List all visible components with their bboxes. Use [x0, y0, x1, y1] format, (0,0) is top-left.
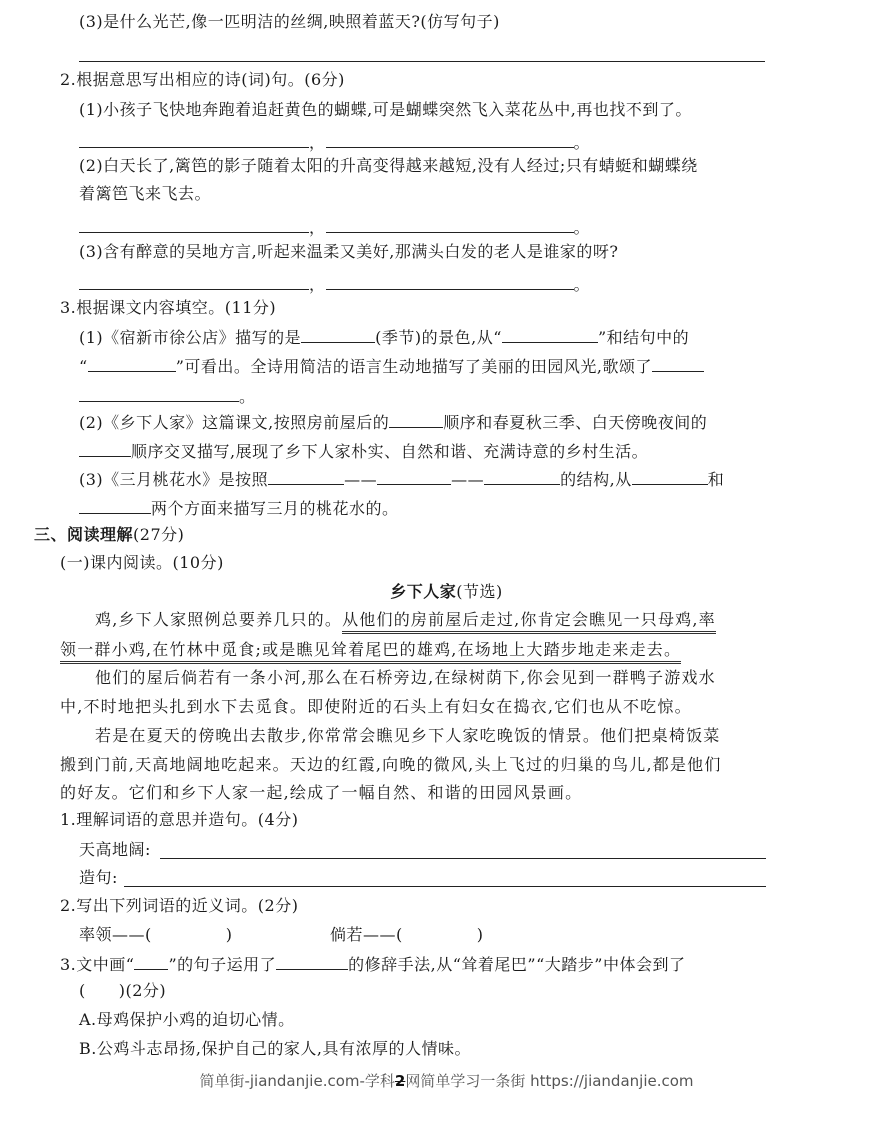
passage-p2-line1: 他们的屋后倘若有一条小河,那么在石桥旁边,在绿树荫下,你会见到一群鸭子游戏水 — [95, 668, 716, 688]
passage-p3-line1: 若是在夏天的傍晚出去散步,你常常会瞧见乡下人家吃晚饭的情景。他们把桌椅饭菜 — [95, 726, 721, 746]
text: (1)《宿新市徐公店》描写的是 — [79, 328, 301, 347]
synonym-1: 率领——() — [79, 924, 233, 945]
synonym-blank-2[interactable] — [403, 924, 477, 940]
reading-q2-title: 2.写出下列词语的近义词。(2分) — [60, 896, 298, 916]
dash: —— — [344, 470, 377, 489]
section-3-heading: 三、阅读理解(27分) — [34, 525, 184, 545]
answer-row-2-1: ，。 — [79, 131, 590, 153]
blank-praise-b[interactable] — [79, 385, 239, 402]
answer-blank-2-1a[interactable] — [79, 131, 309, 148]
passage-p2-line2: 中,不时地把头扎到水下去觅食。即使附近的石头上有妇女在捣衣,它们也从不吃惊。 — [60, 697, 692, 717]
blank-quote2[interactable] — [88, 355, 176, 372]
dash: —— — [451, 470, 484, 489]
option-a[interactable]: A.母鸡保护小鸡的迫切心情。 — [79, 1010, 295, 1030]
text: 3.文中画“ — [60, 955, 134, 974]
question-3-3-line2: 两个方面来描写三月的桃花水的。 — [79, 497, 399, 519]
question-3-1-line2: “”可看出。全诗用简洁的语言生动地描写了美丽的田园风光,歌颂了 — [79, 355, 704, 377]
page-number: 2 — [395, 1072, 405, 1090]
question-3-2-line1: (2)《乡下人家》这篇课文,按照房前屋后的顺序和春夏秋三季、白天傍晚夜间的 — [79, 411, 707, 433]
underlined-sentence: 领一群小鸡,在竹林中觅食;或是瞧见耸着尾巴的雄鸡,在场地上大踏步地走来走去。 — [60, 640, 681, 664]
underlined-sentence: 从他们的房前屋后走过,你肯定会瞧见一只母鸡,率 — [342, 610, 716, 634]
blank-aspect-2[interactable] — [79, 497, 151, 514]
period: 。 — [574, 275, 591, 294]
subsection-1-title: (一)课内阅读。(10分) — [60, 553, 224, 573]
text: (2)《乡下人家》这篇课文,按照房前屋后的 — [79, 413, 389, 432]
blank-praise-a[interactable] — [652, 355, 704, 372]
reading-q1-label-meaning: 天高地阔: — [79, 840, 151, 860]
synonym-word: 倘若——( — [330, 925, 403, 944]
answer-blank-2-2a[interactable] — [79, 216, 309, 233]
reading-q3-line1: 3.文中画“”的句子运用了的修辞手法,从“耸着尾巴”“大踏步”中体会到了 — [60, 953, 685, 975]
text: 两个方面来描写三月的桃花水的。 — [151, 499, 399, 518]
passage-p3-line3: 的好友。它们和乡下人家一起,绘成了一幅自然、和谐的田园风景画。 — [60, 783, 582, 803]
synonym-word: 率领——( — [79, 925, 152, 944]
question-3-2-line2: 顺序交叉描写,展现了乡下人家朴实、自然和谐、充满诗意的乡村生活。 — [79, 440, 648, 462]
text: 顺序和春夏秋三季、白天傍晚夜间的 — [443, 413, 707, 432]
question-2-2-prompt-line2: 着篱笆飞来飞去。 — [79, 184, 211, 204]
comma: ， — [309, 133, 326, 152]
passage-p1-line2: 领一群小鸡,在竹林中觅食;或是瞧见耸着尾巴的雄鸡,在场地上大踏步地走来走去。 — [60, 640, 681, 660]
reading-q1-title: 1.理解词语的意思并造句。(4分) — [60, 810, 298, 830]
text: ”可看出。全诗用简洁的语言生动地描写了美丽的田园风光,歌颂了 — [176, 357, 652, 376]
text: (3)《三月桃花水》是按照 — [79, 470, 268, 489]
synonym-2: 倘若——() — [330, 924, 484, 945]
answer-blank-2-2b[interactable] — [326, 216, 574, 233]
paren-close: ) — [477, 925, 484, 944]
comma: ， — [309, 218, 326, 237]
question-3-1-line3: 。 — [79, 385, 256, 407]
question-3-3-line1: (3)《三月桃花水》是按照————的结构,从和 — [79, 468, 724, 490]
section-score: (27分) — [133, 525, 184, 544]
passage-title: 乡下人家(节选) — [0, 582, 893, 602]
text: “ — [79, 357, 88, 376]
question-2-3-prompt: (3)含有醉意的吴地方言,听起来温柔又美好,那满头白发的老人是谁家的呀? — [79, 242, 618, 262]
answer-blank-2-1b[interactable] — [326, 131, 574, 148]
text: 和 — [708, 470, 725, 489]
period: 。 — [574, 133, 591, 152]
option-b[interactable]: B.公鸡斗志昂扬,保护自己的家人,具有浓厚的人情味。 — [79, 1039, 471, 1059]
answer-row-2-3: ，。 — [79, 273, 590, 295]
text: ”的句子运用了 — [168, 955, 276, 974]
footer-right: 网简单学习一条街 https://jiandanjie.com — [405, 1072, 693, 1090]
question-2-2-prompt-line1: (2)白天长了,篱笆的影子随着太阳的升高变得越来越短,没有人经过;只有蜻蜓和蝴蝶… — [79, 156, 698, 176]
blank-aspect-1[interactable] — [632, 468, 708, 485]
blank-underline-mark[interactable] — [134, 953, 168, 970]
blank-order-space[interactable] — [389, 411, 443, 428]
answer-line-sentence[interactable] — [124, 886, 766, 887]
text: (季节)的景色,从“ — [375, 328, 502, 347]
blank-rhetoric[interactable] — [276, 953, 348, 970]
passage-title-text: 乡下人家 — [390, 582, 456, 601]
text: ”和结句中的 — [598, 328, 689, 347]
blank-quote1[interactable] — [502, 326, 598, 343]
question-1-3-prompt: (3)是什么光芒,像一匹明洁的丝绸,映照着蓝天?(仿写句子) — [79, 12, 500, 32]
question-3-1-line1: (1)《宿新市徐公店》描写的是(季节)的景色,从“”和结句中的 — [79, 326, 689, 348]
question-2-title: 2.根据意思写出相应的诗(词)句。(6分) — [60, 70, 345, 90]
blank-order-time[interactable] — [79, 440, 131, 457]
period: 。 — [574, 218, 591, 237]
answer-row-2-2: ，。 — [79, 216, 590, 238]
text: 。 — [239, 387, 256, 406]
section-title: 三、阅读理解 — [34, 525, 133, 544]
reading-q3-answer-paren[interactable]: ( )(2分) — [79, 981, 166, 1001]
footer-watermark: 简单街-jiandanjie.com-学科2网简单学习一条街 https://j… — [0, 1070, 893, 1091]
passage-p1-line1: 鸡,乡下人家照例总要养几只的。从他们的房前屋后走过,你肯定会瞧见一只母鸡,率 — [95, 610, 716, 630]
answer-line-1-3[interactable] — [79, 61, 765, 62]
reading-q1-label-sentence: 造句: — [79, 868, 118, 888]
synonym-blank-1[interactable] — [152, 924, 226, 940]
paren-close: ) — [226, 925, 233, 944]
blank-structure-3[interactable] — [484, 468, 560, 485]
blank-structure-2[interactable] — [377, 468, 451, 485]
text: 的修辞手法,从“耸着尾巴”“大踏步”中体会到了 — [348, 955, 685, 974]
passage-p3-line2: 搬到门前,天高地阔地吃起来。天边的红霞,向晚的微风,头上飞过的归巢的鸟儿,都是他… — [60, 755, 722, 775]
footer-left: 简单街-jiandanjie.com-学科 — [199, 1072, 394, 1090]
text: 顺序交叉描写,展现了乡下人家朴实、自然和谐、充满诗意的乡村生活。 — [131, 442, 648, 461]
question-2-1-prompt: (1)小孩子飞快地奔跑着追赶黄色的蝴蝶,可是蝴蝶突然飞入菜花丛中,再也找不到了。 — [79, 100, 692, 120]
question-3-title: 3.根据课文内容填空。(11分) — [60, 298, 276, 318]
passage-text: 鸡,乡下人家照例总要养几只的。 — [95, 610, 342, 629]
passage-title-note: (节选) — [456, 582, 503, 601]
blank-structure-1[interactable] — [268, 468, 344, 485]
answer-line-meaning[interactable] — [160, 858, 766, 859]
answer-blank-2-3b[interactable] — [326, 273, 574, 290]
comma: ， — [309, 275, 326, 294]
blank-season[interactable] — [301, 326, 375, 343]
answer-blank-2-3a[interactable] — [79, 273, 309, 290]
text: 的结构,从 — [560, 470, 632, 489]
